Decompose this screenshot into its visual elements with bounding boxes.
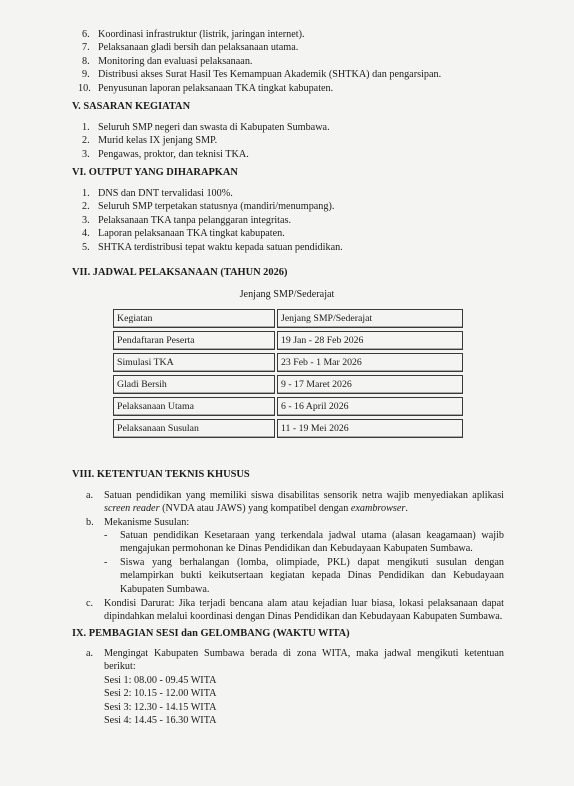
list-item: 2.Murid kelas IX jenjang SMP. — [82, 134, 330, 147]
ketentuan-item-a: a. Satuan pendidikan yang memiliki siswa… — [104, 489, 504, 516]
list-item: 3.Pengawas, proktor, dan teknisi TKA. — [82, 148, 330, 161]
table-cell: 9 - 17 Maret 2026 — [277, 375, 463, 394]
susulan-point-1: - Satuan pendidikan Kesetaraan yang terk… — [120, 529, 504, 556]
ketentuan-item-b: b. Mekanisme Susulan: — [104, 516, 504, 529]
table-cell: Gladi Bersih — [113, 375, 275, 394]
table-row: Gladi Bersih 9 - 17 Maret 2026 — [113, 375, 463, 394]
table-caption: Jenjang SMP/Sederajat — [0, 288, 574, 301]
session-item: Sesi 4: 14.45 - 16.30 WITA — [104, 714, 504, 727]
list-item: 10.Penyusunan laporan pelaksanaan TKA ti… — [82, 82, 441, 95]
list-item: 6.Koordinasi infrastruktur (listrik, jar… — [82, 28, 441, 41]
list-item: 3.Pelaksanaan TKA tanpa pelanggaran inte… — [82, 214, 343, 227]
table-header-cell: Jenjang SMP/Sederajat — [277, 309, 463, 328]
list-item: 1.Seluruh SMP negeri dan swasta di Kabup… — [82, 121, 330, 134]
sesi-item-a: a. Mengingat Kabupaten Sumbawa berada di… — [104, 647, 504, 674]
output-list: 1.DNS dan DNT tervalidasi 100%. 2.Seluru… — [82, 187, 343, 254]
table-cell: 6 - 16 April 2026 — [277, 397, 463, 416]
section-heading-sasaran: V. SASARAN KEGIATAN — [72, 100, 190, 113]
list-item: 9.Distribusi akses Surat Hasil Tes Kemam… — [82, 68, 441, 81]
table-cell: 19 Jan - 28 Feb 2026 — [277, 331, 463, 350]
list-item: 5.SHTKA terdistribusi tepat waktu kepada… — [82, 241, 343, 254]
table-cell: Pelaksanaan Susulan — [113, 419, 275, 438]
table-cell: Simulasi TKA — [113, 353, 275, 372]
section-heading-jadwal: VII. JADWAL PELAKSANAAN (TAHUN 2026) — [72, 266, 287, 279]
session-item: Sesi 3: 12.30 - 14.15 WITA — [104, 701, 504, 714]
list-item: 7.Pelaksanaan gladi bersih dan pelaksana… — [82, 41, 441, 54]
section-heading-ketentuan: VIII. KETENTUAN TEKNIS KHUSUS — [72, 468, 250, 481]
session-item: Sesi 2: 10.15 - 12.00 WITA — [104, 687, 504, 700]
schedule-table: Kegiatan Jenjang SMP/Sederajat Pendaftar… — [111, 306, 465, 441]
section-heading-output: VI. OUTPUT YANG DIHARAPKAN — [72, 166, 238, 179]
list-item: 1.DNS dan DNT tervalidasi 100%. — [82, 187, 343, 200]
list-item: 4.Laporan pelaksanaan TKA tingkat kabupa… — [82, 227, 343, 240]
session-item: Sesi 1: 08.00 - 09.45 WITA — [104, 674, 504, 687]
list-item: 8.Monitoring dan evaluasi pelaksanaan. — [82, 55, 441, 68]
table-cell: 23 Feb - 1 Mar 2026 — [277, 353, 463, 372]
session-list: Sesi 1: 08.00 - 09.45 WITA Sesi 2: 10.15… — [104, 674, 504, 728]
document-page: 6.Koordinasi infrastruktur (listrik, jar… — [0, 0, 574, 786]
table-cell: 11 - 19 Mei 2026 — [277, 419, 463, 438]
activity-list-continued: 6.Koordinasi infrastruktur (listrik, jar… — [82, 28, 441, 95]
table-header-row: Kegiatan Jenjang SMP/Sederajat — [113, 309, 463, 328]
sasaran-list: 1.Seluruh SMP negeri dan swasta di Kabup… — [82, 121, 330, 161]
table-row: Pendaftaran Peserta 19 Jan - 28 Feb 2026 — [113, 331, 463, 350]
table-row: Pelaksanaan Susulan 11 - 19 Mei 2026 — [113, 419, 463, 438]
table-header-cell: Kegiatan — [113, 309, 275, 328]
ketentuan-item-c: c. Kondisi Darurat: Jika terjadi bencana… — [104, 597, 504, 624]
table-cell: Pendaftaran Peserta — [113, 331, 275, 350]
list-item: 2.Seluruh SMP terpetakan statusnya (mand… — [82, 200, 343, 213]
table-row: Pelaksanaan Utama 6 - 16 April 2026 — [113, 397, 463, 416]
section-heading-sesi: IX. PEMBAGIAN SESI dan GELOMBANG (WAKTU … — [72, 627, 350, 640]
susulan-point-2: - Siswa yang berhalangan (lomba, olimpia… — [120, 556, 504, 596]
table-cell: Pelaksanaan Utama — [113, 397, 275, 416]
table-row: Simulasi TKA 23 Feb - 1 Mar 2026 — [113, 353, 463, 372]
